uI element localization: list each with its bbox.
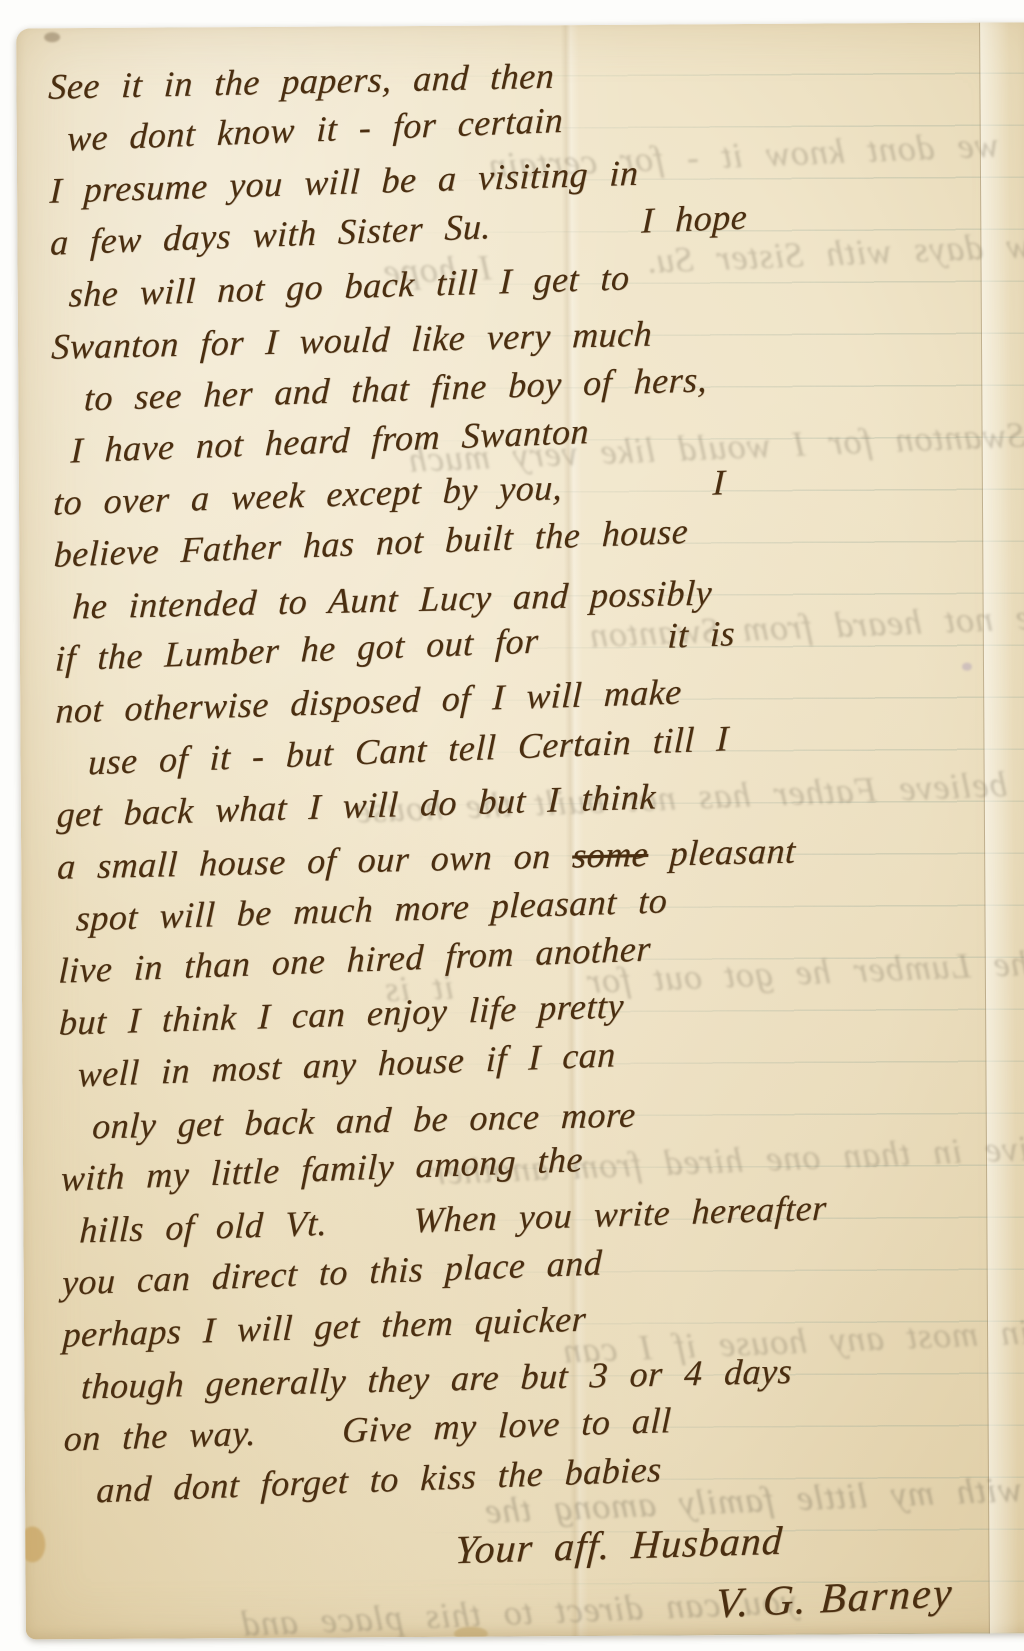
ink-speck [962, 663, 972, 671]
letter-page: we dont know it - for certain a few days… [16, 22, 1024, 1639]
scan-background: we dont know it - for certain a few days… [0, 0, 1024, 1651]
paper-stain [44, 32, 60, 42]
line-text: pleasant [647, 831, 796, 874]
paper-stain [454, 1627, 488, 1640]
letter-lines: See it in the papers, and then we dont k… [48, 50, 1014, 1517]
letter-body: See it in the papers, and then we dont k… [16, 22, 1024, 1639]
signature: V. G. Barney [714, 1561, 1017, 1633]
struck-word: some [571, 834, 649, 876]
paper-stain [19, 1526, 45, 1562]
